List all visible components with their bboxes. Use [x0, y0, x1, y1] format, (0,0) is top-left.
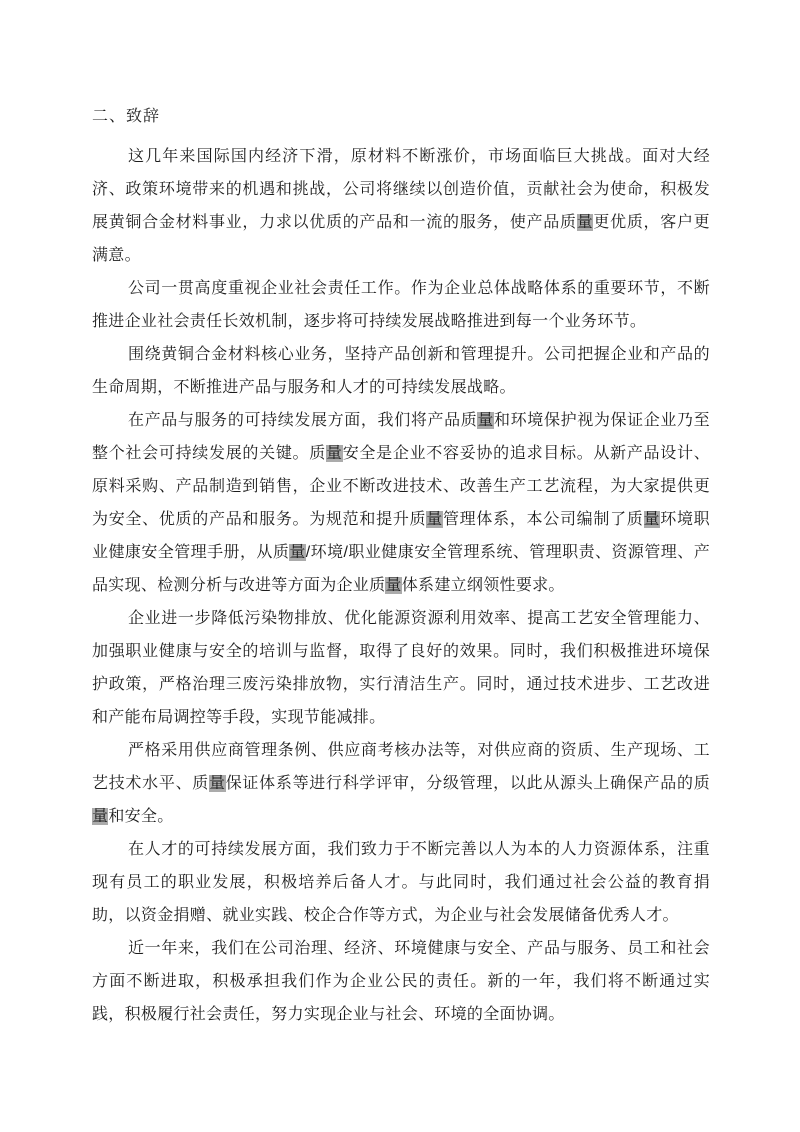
highlighted-char: 量 [477, 412, 494, 429]
paragraph-7: 在人才的可持续发展方面，我们致力于不断完善以人为本的人力资源体系，注重现有员工的… [92, 833, 710, 932]
text-segment: 围绕黄铜合金材料核心业务，坚持产品创新和管理提升。公司把握企业和产品的生命周期，… [92, 346, 710, 396]
highlighted-char: 量 [577, 214, 594, 231]
paragraph-1: 这几年来国际国内经济下滑，原材料不断涨价，市场面临巨大挑战。面对大经济、政策环境… [92, 140, 710, 272]
highlighted-char: 量 [289, 544, 305, 561]
paragraph-2: 公司一贯高度重视企业社会责任工作。作为企业总体战略体系的重要环节，不断推进企业社… [92, 272, 710, 338]
text-segment: 和安全。 [108, 808, 173, 825]
body-text: 这几年来国际国内经济下滑，原材料不断涨价，市场面临巨大挑战。面对大经济、政策环境… [92, 140, 710, 1031]
paragraph-8: 近一年来，我们在公司治理、经济、环境健康与安全、产品与服务、员工和社会方面不断进… [92, 932, 710, 1031]
text-segment: 企业进一步降低污染物排放、优化能源资源利用效率、提高工艺安全管理能力、加强职业健… [92, 610, 710, 726]
text-segment: 管理体系，本公司编制了质 [443, 511, 644, 528]
text-segment: 公司一贯高度重视企业社会责任工作。作为企业总体战略体系的重要环节，不断推进企业社… [92, 280, 710, 330]
highlighted-char: 量 [644, 511, 661, 528]
section-heading: 二、致辞 [92, 106, 710, 128]
paragraph-3: 围绕黄铜合金材料核心业务，坚持产品创新和管理提升。公司把握企业和产品的生命周期，… [92, 338, 710, 404]
highlighted-char: 量 [92, 808, 108, 825]
document-page: 二、致辞 这几年来国际国内经济下滑，原材料不断涨价，市场面临巨大挑战。面对大经济… [0, 0, 800, 1132]
text-segment: 保证体系等进行科学评审，分级管理，以此从源头上确保产品的质 [226, 775, 710, 792]
text-segment: 在人才的可持续发展方面，我们致力于不断完善以人为本的人力资源体系，注重现有员工的… [92, 841, 710, 924]
paragraph-5: 企业进一步降低污染物排放、优化能源资源利用效率、提高工艺安全管理能力、加强职业健… [92, 602, 710, 734]
paragraph-4: 在产品与服务的可持续发展方面，我们将产品质量和环境保护视为保证企业乃至整个社会可… [92, 404, 710, 602]
highlighted-char: 量 [326, 445, 343, 462]
text-segment: 近一年来，我们在公司治理、经济、环境健康与安全、产品与服务、员工和社会方面不断进… [92, 940, 710, 1023]
text-segment: 体系建立纲领性要求。 [402, 577, 565, 594]
text-segment: 在产品与服务的可持续发展方面，我们将产品质 [128, 412, 477, 429]
highlighted-char: 量 [385, 577, 401, 594]
paragraph-6: 严格采用供应商管理条例、供应商考核办法等，对供应商的资质、生产现场、工艺技术水平… [92, 734, 710, 833]
highlighted-char: 量 [426, 511, 443, 528]
highlighted-char: 量 [209, 775, 226, 792]
